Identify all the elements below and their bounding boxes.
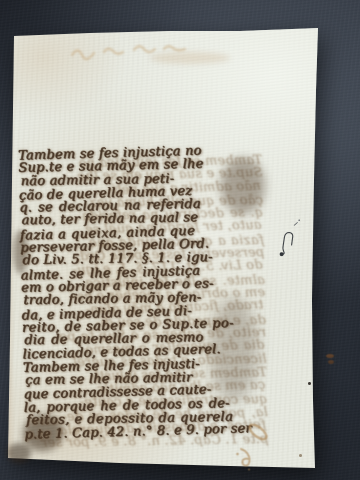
corner-stain [7, 443, 31, 463]
ink-dot [299, 454, 302, 457]
manuscript-photograph: Tambem se fes injustiça noSup.te e sua m… [0, 0, 360, 480]
dust-speck [298, 272, 300, 274]
flourish-rubric-mark [234, 419, 278, 473]
background-stain-speck [326, 354, 334, 358]
dark-speck [308, 382, 311, 385]
ink-squiggle-mark [272, 216, 306, 262]
handwritten-text-block: Tambem se fes injustiça noSup.te e sua m… [18, 143, 269, 441]
background-stain-speck [328, 360, 334, 364]
dust-speck [284, 88, 286, 91]
bleedthrough-marks [60, 40, 210, 68]
